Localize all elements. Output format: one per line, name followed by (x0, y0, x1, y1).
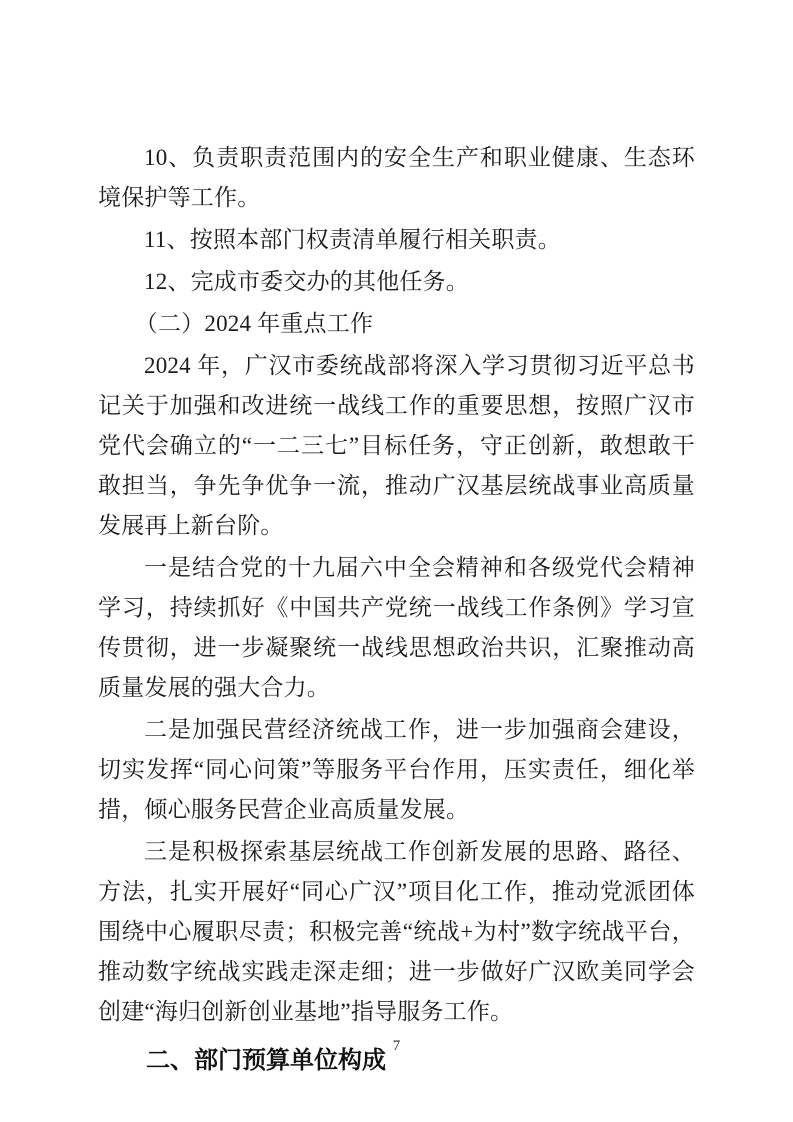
paragraph-duty-10: 10、负责职责范围内的安全生产和职业健康、生态环境保护等工作。 (98, 138, 695, 218)
document-page: 10、负责职责范围内的安全生产和职业健康、生态环境保护等工作。 11、按照本部门… (0, 0, 793, 1122)
paragraph-duty-12: 12、完成市委交办的其他任务。 (98, 262, 695, 302)
paragraph-key-point-3: 三是积极探索基层统战工作创新发展的思路、路径、方法，扎实开展好“同心广汉”项目化… (98, 832, 695, 1032)
page-footer: 7 (0, 1036, 793, 1056)
subsection-heading-2024-key-work: （二）2024 年重点工作 (98, 304, 695, 344)
paragraph-key-point-1: 一是结合党的十九届六中全会精神和各级党代会精神学习，持续抓好《中国共产党统一战线… (98, 548, 695, 708)
document-body: 10、负责职责范围内的安全生产和职业健康、生态环境保护等工作。 11、按照本部门… (98, 138, 695, 1082)
paragraph-2024-overview: 2024 年，广汉市委统战部将深入学习贯彻习近平总书记关于加强和改进统一战线工作… (98, 346, 695, 546)
paragraph-duty-11: 11、按照本部门权责清单履行相关职责。 (98, 220, 695, 260)
page-number: 7 (393, 1038, 401, 1054)
paragraph-key-point-2: 二是加强民营经济统战工作，进一步加强商会建设，切实发挥“同心问策”等服务平台作用… (98, 710, 695, 830)
